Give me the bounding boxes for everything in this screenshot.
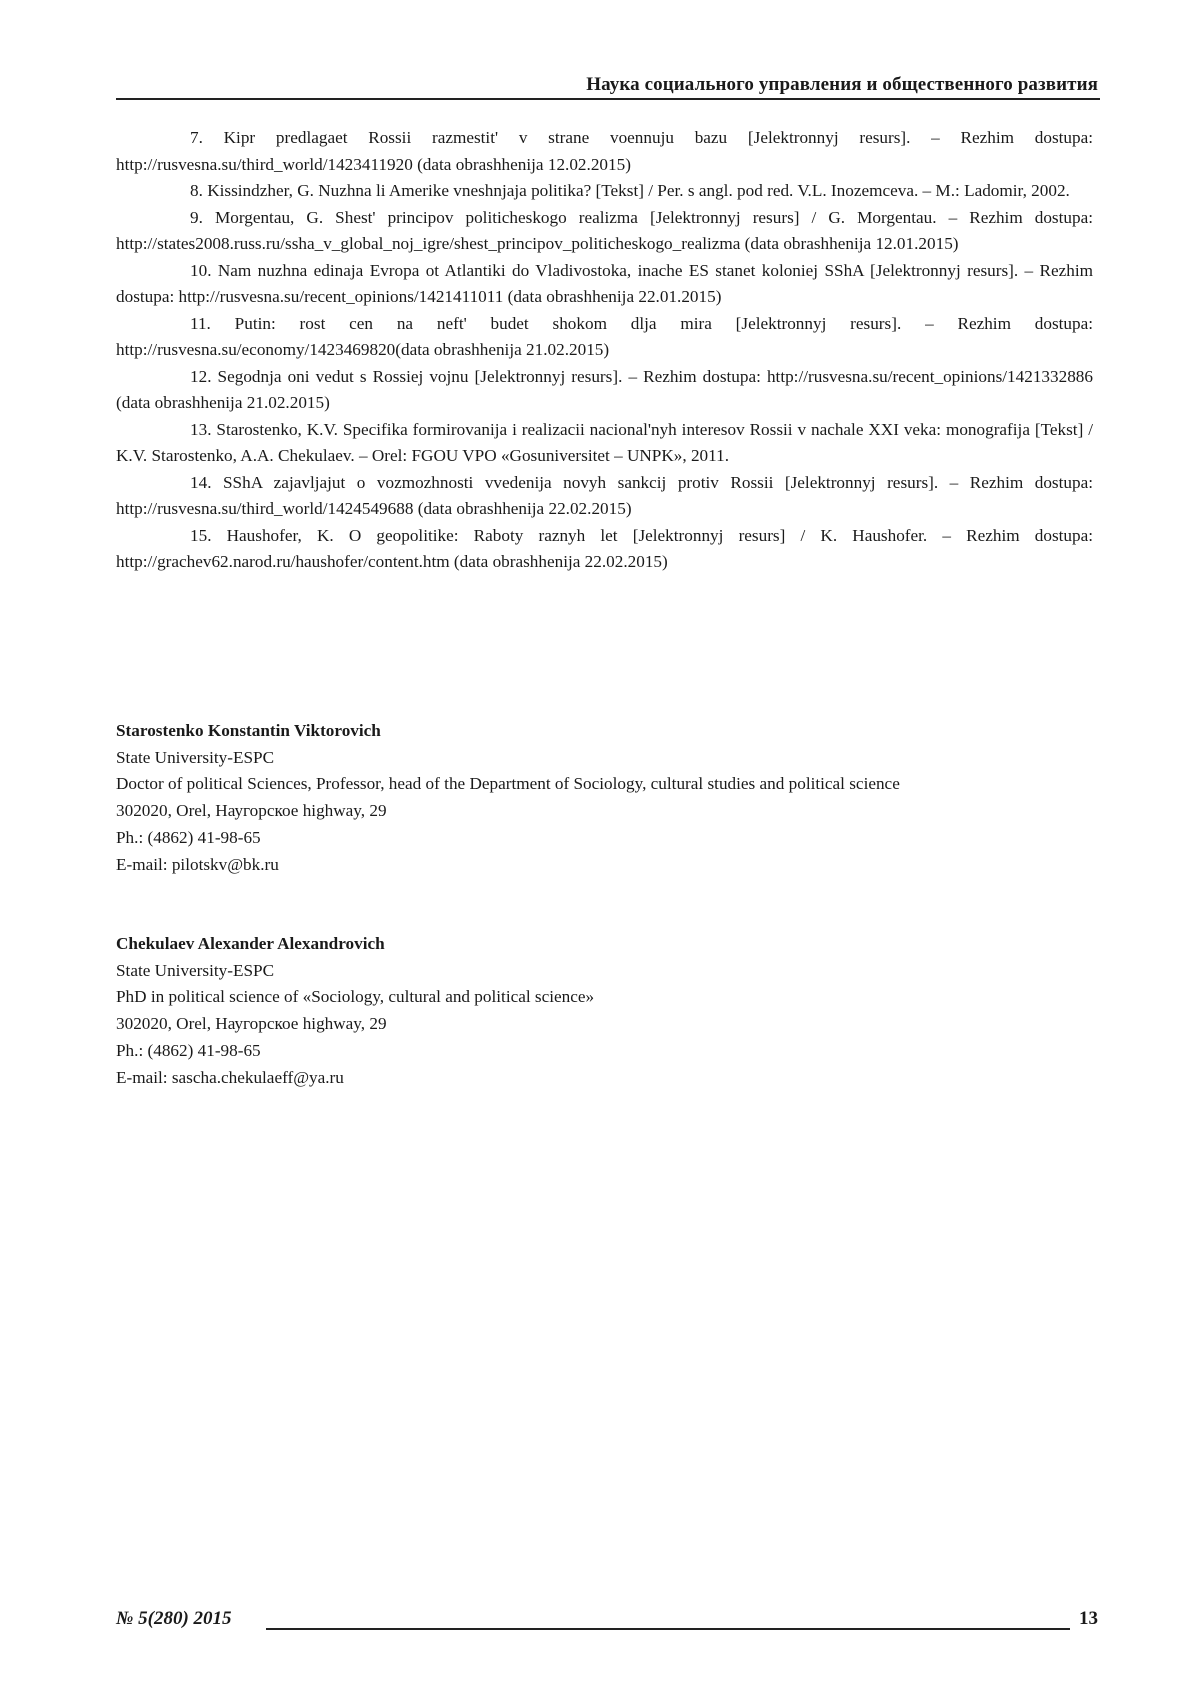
running-footer: № 5(280) 2015 13 (116, 1608, 1100, 1638)
author-position: Doctor of political Sciences, Professor,… (116, 771, 1116, 798)
author-email: E-mail: sascha.chekulaeff@ya.ru (116, 1065, 1116, 1092)
author-block-chekulaev: Chekulaev Alexander Alexandrovich State … (116, 931, 1116, 1091)
author-affiliation: State University-ESPC (116, 958, 1116, 985)
journal-title: Наука социального управления и обществен… (586, 74, 1098, 96)
author-phone: Ph.: (4862) 41-98-65 (116, 1038, 1116, 1065)
author-position: PhD in political science of «Sociology, … (116, 984, 1116, 1011)
issue-number: № 5(280) 2015 (116, 1608, 232, 1630)
page-number: 13 (1079, 1608, 1098, 1630)
author-address: 302020, Orel, Наугорское highway, 29 (116, 798, 1116, 825)
reference-item: 11. Putin: rost cen na neft' budet shoko… (116, 311, 1093, 364)
reference-item: 9. Morgentau, G. Shest' principov politi… (116, 205, 1093, 258)
reference-item: 12. Segodnja oni vedut s Rossiej vojnu [… (116, 364, 1093, 417)
author-affiliation: State University-ESPC (116, 745, 1116, 772)
author-name: Chekulaev Alexander Alexandrovich (116, 931, 1116, 958)
running-header: Наука социального управления и обществен… (116, 72, 1100, 100)
reference-item: 13. Starostenko, K.V. Specifika formirov… (116, 417, 1093, 470)
author-phone: Ph.: (4862) 41-98-65 (116, 825, 1116, 852)
author-block-starostenko: Starostenko Konstantin Viktorovich State… (116, 718, 1116, 878)
reference-item: 7. Kipr predlagaet Rossii razmestit' v s… (116, 125, 1093, 178)
reference-item: 14. SShA zajavljajut o vozmozhnosti vved… (116, 470, 1093, 523)
reference-item: 8. Kissindzher, G. Nuzhna li Amerike vne… (116, 178, 1093, 205)
author-name: Starostenko Konstantin Viktorovich (116, 718, 1116, 745)
reference-list: 7. Kipr predlagaet Rossii razmestit' v s… (116, 125, 1093, 576)
author-address: 302020, Orel, Наугорское highway, 29 (116, 1011, 1116, 1038)
reference-item: 15. Haushofer, K. O geopolitike: Raboty … (116, 523, 1093, 576)
reference-item: 10. Nam nuzhna edinaja Evropa ot Atlanti… (116, 258, 1093, 311)
footer-divider (266, 1628, 1070, 1630)
author-email: E-mail: pilotskv@bk.ru (116, 852, 1116, 879)
